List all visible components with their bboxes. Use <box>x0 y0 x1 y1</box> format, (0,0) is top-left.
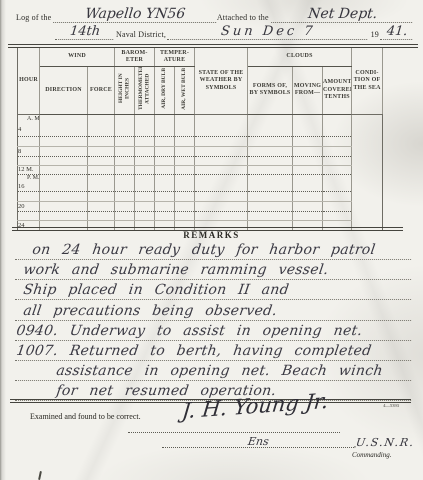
hour-cell: P. M. <box>18 174 40 182</box>
log-cell <box>323 114 352 124</box>
log-cell <box>88 146 115 156</box>
log-cell <box>115 114 135 124</box>
log-cell <box>40 146 88 156</box>
remarks-line: all precautions being observed. <box>15 301 414 321</box>
hour-cell: 16 <box>18 182 40 191</box>
air-dry-bulb-column-header: Air, dry bulb <box>155 67 175 115</box>
log-cell <box>115 211 135 220</box>
log-cell <box>293 146 323 156</box>
log-cell <box>135 165 155 174</box>
log-cell <box>323 201 352 211</box>
log-cell <box>88 174 115 182</box>
examined-label: Examined and found to be correct. <box>30 412 141 421</box>
log-cell <box>88 136 115 146</box>
attached-to-label: Attached to the <box>217 13 272 23</box>
intermediate-row <box>18 211 383 220</box>
log-cell <box>40 211 88 220</box>
log-cell <box>175 124 195 136</box>
log-cell <box>135 136 155 146</box>
log-cell <box>248 124 293 136</box>
log-cell <box>195 174 248 182</box>
log-cell <box>248 211 293 220</box>
log-cell <box>40 136 88 146</box>
remarks-line: 1007. Returned to berth, having complete… <box>15 341 414 361</box>
log-cell <box>293 124 323 136</box>
am-label-row: A. M. <box>18 114 383 124</box>
log-cell <box>155 156 175 165</box>
log-cell <box>135 124 155 136</box>
log-cell <box>175 201 195 211</box>
direction-column-header: Direction <box>40 67 88 115</box>
log-cell <box>115 201 135 211</box>
log-cell <box>115 174 135 182</box>
log-cell <box>155 182 175 191</box>
remarks-line: on 24 hour ready duty for harbor patrol <box>15 240 414 260</box>
intermediate-row <box>18 191 383 201</box>
header-line-2: 14th Naval District, Sun Dec 7 19 41. <box>56 24 413 40</box>
log-cell <box>323 136 352 146</box>
log-cell <box>135 114 155 124</box>
log-cell <box>135 211 155 220</box>
hour-cell <box>18 191 40 201</box>
attached-to-value: Net Dept. <box>271 6 414 23</box>
log-cell <box>195 182 248 191</box>
log-cell <box>135 174 155 182</box>
log-cell <box>293 156 323 165</box>
log-cell <box>40 174 88 182</box>
hour-row-20: 20 <box>18 201 383 211</box>
service-branch: , U.S.N.R. <box>354 436 415 449</box>
log-cell <box>195 211 248 220</box>
remarks-line: assistance in opening net. Beach winch <box>15 361 414 381</box>
log-cell <box>175 114 195 124</box>
hour-row-8: 8 <box>18 146 383 156</box>
log-cell <box>40 124 88 136</box>
hour-row-12m: 12 M. <box>18 165 383 174</box>
hour-cell <box>18 211 40 220</box>
sea-condition-column-header: Condi-tion of the Sea <box>352 48 383 114</box>
remarks-line: 0940. Underway to assist in opening net. <box>15 321 414 341</box>
naval-district-label: Naval District, <box>114 30 168 40</box>
log-cell <box>248 165 293 174</box>
log-cell <box>135 191 155 201</box>
log-cell <box>195 191 248 201</box>
log-cell <box>155 114 175 124</box>
log-cell <box>115 146 135 156</box>
log-cell <box>175 211 195 220</box>
intermediate-row <box>18 156 383 165</box>
log-cell <box>88 124 115 136</box>
log-cell <box>115 165 135 174</box>
remarks-line: Ship placed in Condition II and <box>15 280 414 300</box>
hour-row-16: 16 <box>18 182 383 191</box>
log-cell <box>115 182 135 191</box>
group-header-row: Hour Wind Barom-eter Temper-ature State … <box>18 48 383 67</box>
hour-cell: A. M. <box>18 114 40 124</box>
log-cell <box>115 136 135 146</box>
cloud-forms-column-header: Forms of, by symbols <box>248 67 293 115</box>
air-wet-bulb-column-header: Air, wet bulb <box>175 67 195 115</box>
barometer-group-header: Barom-eter <box>115 48 155 67</box>
log-cell <box>115 124 135 136</box>
log-cell <box>155 165 175 174</box>
weather-log-table: Hour Wind Barom-eter Temper-ature State … <box>17 48 383 231</box>
form-code: 4—5393 <box>383 403 399 408</box>
hour-cell: 4 <box>18 124 40 136</box>
district-number-value: 14th <box>55 24 115 40</box>
temperature-group-header: Temper-ature <box>155 48 195 67</box>
log-cell <box>323 182 352 191</box>
log-cell <box>88 182 115 191</box>
ship-log-sheet: Log of the Wapello YN56 Attached to the … <box>0 0 423 480</box>
log-cell <box>115 156 135 165</box>
log-cell <box>195 201 248 211</box>
log-cell <box>88 211 115 220</box>
log-cell <box>248 191 293 201</box>
log-cell <box>323 191 352 201</box>
log-cell <box>195 136 248 146</box>
amount-covered-column-header: Amount covered, tenths <box>323 67 352 115</box>
log-cell <box>293 174 323 182</box>
hour-row-4: 4 <box>18 124 383 136</box>
log-cell <box>293 191 323 201</box>
log-cell <box>195 124 248 136</box>
log-cell <box>40 182 88 191</box>
log-cell <box>155 211 175 220</box>
log-cell <box>175 191 195 201</box>
log-cell <box>323 211 352 220</box>
log-of-the-label: Log of the <box>16 13 54 23</box>
weather-column-header: State of the Weather by Symbols <box>195 48 248 114</box>
log-cell <box>248 136 293 146</box>
commanding-label: Commanding. <box>352 451 391 459</box>
log-cell <box>195 165 248 174</box>
year-written-value: 41. <box>380 24 414 40</box>
force-column-header: Force <box>88 67 115 115</box>
vessel-name-value: Wapello YN56 <box>53 6 217 23</box>
log-cell <box>155 146 175 156</box>
log-cell <box>248 114 293 124</box>
log-cell <box>323 165 352 174</box>
log-cell <box>293 136 323 146</box>
ink-mark <box>38 471 42 480</box>
hour-cell: 20 <box>18 201 40 211</box>
hour-cell <box>18 156 40 165</box>
log-cell <box>293 114 323 124</box>
log-cell <box>293 201 323 211</box>
log-cell <box>88 165 115 174</box>
log-cell <box>175 182 195 191</box>
log-cell <box>293 182 323 191</box>
hour-cell <box>18 136 40 146</box>
rank-value: Ens <box>247 435 270 448</box>
log-cell <box>135 201 155 211</box>
log-cell <box>248 182 293 191</box>
log-cell <box>88 201 115 211</box>
log-cell <box>248 146 293 156</box>
log-cell <box>195 146 248 156</box>
log-cell <box>175 136 195 146</box>
service-value: U.S.N.R. <box>355 436 415 449</box>
rank-line: Ens <box>162 432 354 448</box>
log-cell <box>40 191 88 201</box>
log-cell <box>323 156 352 165</box>
log-cell <box>195 156 248 165</box>
header: Log of the Wapello YN56 Attached to the … <box>16 6 413 40</box>
log-cell <box>88 114 115 124</box>
log-cell <box>135 182 155 191</box>
log-cell <box>175 165 195 174</box>
log-cell <box>323 146 352 156</box>
moving-from-column-header: Moving from— <box>293 67 323 115</box>
hour-cell: 8 <box>18 146 40 156</box>
log-cell <box>323 174 352 182</box>
log-cell <box>88 156 115 165</box>
intermediate-row <box>18 136 383 146</box>
log-cell <box>40 201 88 211</box>
hour-column-header: Hour <box>18 48 40 114</box>
year-printed-label: 19 <box>369 30 381 40</box>
log-cell <box>293 211 323 220</box>
hour-cell: 12 M. <box>18 165 40 174</box>
log-cell <box>40 156 88 165</box>
log-cell <box>88 191 115 201</box>
log-cell <box>40 165 88 174</box>
log-cell <box>115 191 135 201</box>
thermometer-column-header: Thermometer, attached <box>135 67 155 115</box>
log-cell <box>40 114 88 124</box>
log-cell <box>248 201 293 211</box>
remarks-line: work and submarine ramming vessel. <box>15 260 414 280</box>
log-cell <box>135 156 155 165</box>
remarks-section: on 24 hour ready duty for harbor patrol … <box>15 240 411 402</box>
log-cell <box>248 174 293 182</box>
log-cell <box>155 191 175 201</box>
log-cell <box>175 156 195 165</box>
pm-label-row: P. M. <box>18 174 383 182</box>
log-cell <box>135 146 155 156</box>
height-column-header: Height in inches <box>115 67 135 115</box>
log-cell <box>323 124 352 136</box>
log-cell <box>155 174 175 182</box>
log-cell <box>195 114 248 124</box>
clouds-group-header: Clouds <box>248 48 352 67</box>
log-cell <box>293 165 323 174</box>
log-cell <box>248 156 293 165</box>
log-cell <box>155 136 175 146</box>
log-cell <box>155 124 175 136</box>
log-cell <box>175 146 195 156</box>
log-cell <box>155 201 175 211</box>
remarks-title: REMARKS <box>0 230 423 240</box>
day-date-value: Sun Dec 7 <box>167 24 369 40</box>
header-line-1: Log of the Wapello YN56 Attached to the … <box>16 6 413 23</box>
log-cell <box>175 174 195 182</box>
wind-group-header: Wind <box>40 48 115 67</box>
